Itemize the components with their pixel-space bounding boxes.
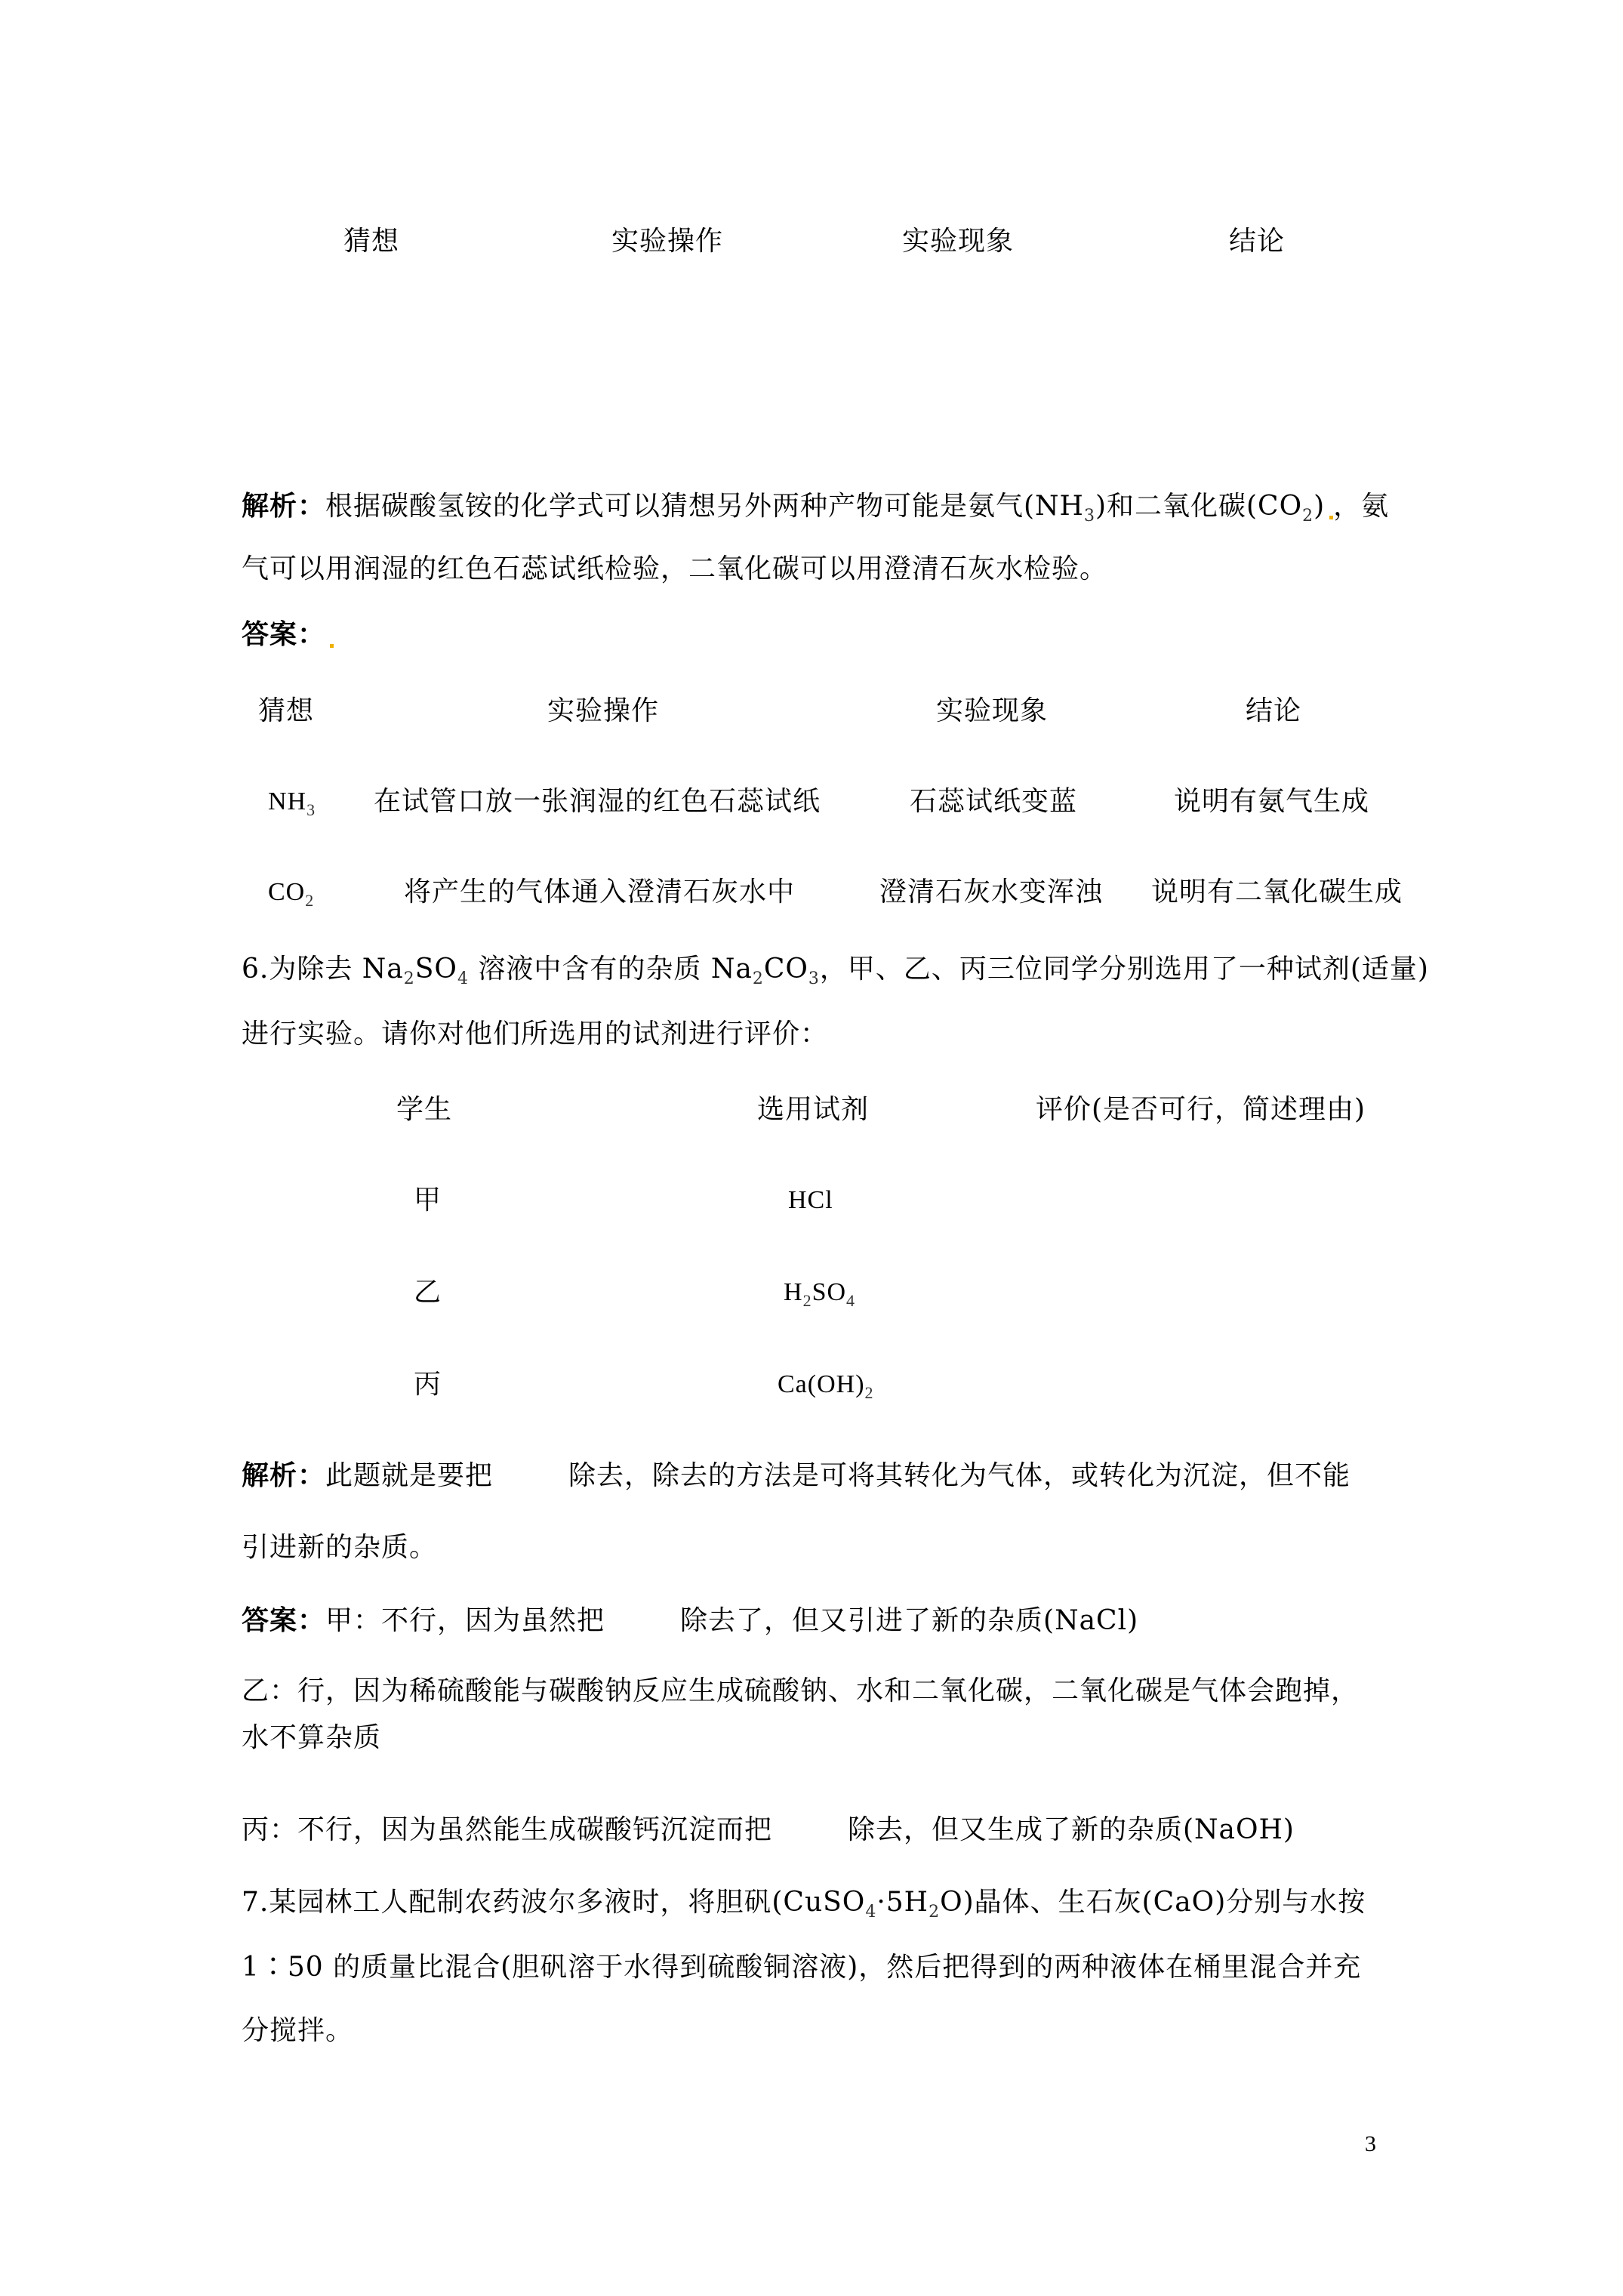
table1-header-phenomenon: 实验现象 <box>902 225 1014 258</box>
table3-header-student: 学生 <box>396 1093 452 1126</box>
guess-cell: NH3 <box>268 785 316 818</box>
analysis-label: 解析： <box>242 490 325 522</box>
question6-line1: 6.为除去 Na2SO4 溶液中含有的杂质 Na2CO3，甲、乙、丙三位同学分别… <box>242 953 1429 986</box>
table2-header-conclusion: 结论 <box>1246 695 1301 728</box>
conclusion-cell: 说明有氨气生成 <box>1174 785 1369 818</box>
analysis1-line1: 解析：根据碳酸氢铵的化学式可以猜想另外两种产物可能是氨气(NH3)和二氧化碳(C… <box>242 489 1389 523</box>
comment-marker-icon <box>330 644 334 648</box>
answer2-yi-line2: 水不算杂质 <box>242 1721 381 1755</box>
question6-line2: 进行实验。请你对他们所选用的试剂进行评价： <box>242 1018 828 1051</box>
table2-header-phenomenon: 实验现象 <box>936 695 1048 728</box>
reagent-cell: HCl <box>788 1184 833 1217</box>
answer-label: 答案： <box>242 1604 325 1636</box>
student-cell: 乙 <box>414 1276 442 1309</box>
reagent-cell: H2SO4 <box>784 1276 855 1309</box>
phenomenon-cell: 石蕊试纸变蓝 <box>910 785 1077 818</box>
table1-header-conclusion: 结论 <box>1229 225 1285 258</box>
answer1-label: 答案： <box>242 618 334 651</box>
guess-cell: CO2 <box>268 876 314 909</box>
table2-header-operation: 实验操作 <box>547 695 659 728</box>
analysis2-line2: 引进新的杂质。 <box>242 1531 437 1564</box>
answer2-jia: 答案：甲：不行，因为虽然把除去了，但又引进了新的杂质(NaCl) <box>242 1604 1138 1638</box>
page-number: 3 <box>1365 2128 1377 2161</box>
student-cell: 甲 <box>414 1184 442 1217</box>
table3-header-evaluation: 评价(是否可行，简述理由) <box>1036 1093 1366 1126</box>
reagent-cell: Ca(OH)2 <box>778 1368 874 1401</box>
operation-cell: 将产生的气体通入澄清石灰水中 <box>404 876 795 909</box>
analysis-label: 解析： <box>242 1459 325 1491</box>
question7-line3: 分搅拌。 <box>242 2014 353 2048</box>
document-page: 猜想 实验操作 实验现象 结论 解析：根据碳酸氢铵的化学式可以猜想另外两种产物可… <box>0 0 1623 2296</box>
analysis1-line2: 气可以用润湿的红色石蕊试纸检验，二氧化碳可以用澄清石灰水检验。 <box>242 553 1107 586</box>
question7-line1: 7.某园林工人配制农药波尔多液时，将胆矾(CuSO4·5H2O)晶体、生石灰(C… <box>242 1886 1366 1919</box>
table1-header-operation: 实验操作 <box>611 225 723 258</box>
phenomenon-cell: 澄清石灰水变浑浊 <box>879 876 1103 909</box>
question7-line2: 1∶50 的质量比混合(胆矾溶于水得到硫酸铜溶液)，然后把得到的两种液体在桶里混… <box>242 1951 1361 1984</box>
answer2-yi-line1: 乙：行，因为稀硫酸能与碳酸钠反应生成硫酸钠、水和二氧化碳，二氧化碳是气体会跑掉， <box>242 1675 1359 1708</box>
analysis2-line1: 解析：此题就是要把除去，除去的方法是可将其转化为气体，或转化为沉淀，但不能 <box>242 1459 1350 1493</box>
answer2-bing: 丙：不行，因为虽然能生成碳酸钙沉淀而把除去，但又生成了新的杂质(NaOH) <box>242 1814 1295 1847</box>
operation-cell: 在试管口放一张润湿的红色石蕊试纸 <box>374 785 821 818</box>
table2-header-guess: 猜想 <box>258 695 314 728</box>
table3-header-reagent: 选用试剂 <box>757 1093 869 1126</box>
table1-header-guess: 猜想 <box>343 225 399 258</box>
conclusion-cell: 说明有二氧化碳生成 <box>1151 876 1403 909</box>
student-cell: 丙 <box>414 1368 442 1401</box>
